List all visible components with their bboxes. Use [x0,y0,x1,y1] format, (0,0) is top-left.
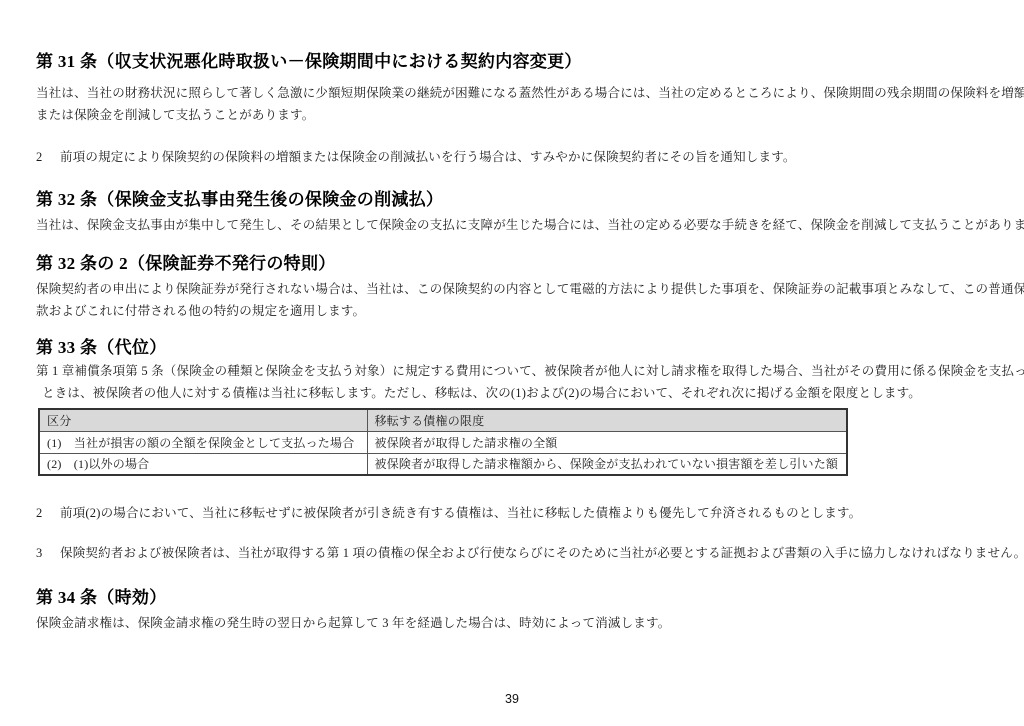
article-33-item-2: 2 前項(2)の場合において、当社に移転せずに被保険者が引き続き有する債権は、当… [36,502,994,524]
table-row: (2) (1)以外の場合 被保険者が取得した請求権額から、保険金が支払われていな… [39,453,847,475]
article-33-item-2-text: 前項(2)の場合において、当社に移転せずに被保険者が引き続き有する債権は、当社に… [60,502,861,524]
table-cell-category-1: (1) 当社が損害の額の全額を保険金として支払った場合 [39,431,367,453]
article-32-2-heading: 第 32 条の 2（保険証券不発行の特則） [36,252,994,276]
article-31-body-line-1: 当社は、当社の財務状況に照らして著しく急激に少額短期保険業の継続が困難になる蓋然… [36,82,994,104]
article-33-body-line-2: ときは、被保険者の他人に対する債権は当社に移転します。ただし、移転は、次の(1)… [36,382,994,404]
article-31-item-2-text: 前項の規定により保険契約の保険料の増額または保険金の削減払いを行う場合は、すみや… [60,146,796,168]
page-number: 39 [0,692,1024,706]
article-33-heading: 第 33 条（代位） [36,336,994,360]
article-33-body-line-1: 第 1 章補償条項第 5 条（保険金の種類と保険金を支払う対象）に規定する費用に… [36,360,994,382]
article-31-body-line-2: または保険金を削減して支払うことがあります。 [36,104,994,126]
article-32-2-body-line-2: 款およびこれに付帯される他の特約の規定を適用します。 [36,300,994,322]
article-33-item-3-number: 3 [36,542,60,564]
article-34-heading: 第 34 条（時効） [36,586,994,610]
article-32-2-body-line-1: 保険契約者の申出により保険証券が発行されない場合は、当社は、この保険契約の内容と… [36,278,994,300]
article-32-body: 当社は、保険金支払事由が集中して発生し、その結果として保険金の支払に支障が生じた… [36,214,994,236]
table-cell-category-2: (2) (1)以外の場合 [39,453,367,475]
subrogation-limit-table: 区分 移転する債権の限度 (1) 当社が損害の額の全額を保険金として支払った場合… [38,408,848,476]
table-row: (1) 当社が損害の額の全額を保険金として支払った場合 被保険者が取得した請求権… [39,431,847,453]
document-page: 第 31 条（収支状況悪化時取扱い－保険期間中における契約内容変更） 当社は、当… [0,0,1024,726]
article-31-item-2: 2 前項の規定により保険契約の保険料の増額または保険金の削減払いを行う場合は、す… [36,146,994,168]
article-32-heading: 第 32 条（保険金支払事由発生後の保険金の削減払） [36,188,994,212]
article-33-item-2-number: 2 [36,502,60,524]
article-34-body: 保険金請求権は、保険金請求権の発生時の翌日から起算して 3 年を経過した場合は、… [36,612,994,634]
table-header-limit: 移転する債権の限度 [367,409,847,431]
table-cell-limit-1: 被保険者が取得した請求権の全額 [367,431,847,453]
article-31-heading: 第 31 条（収支状況悪化時取扱い－保険期間中における契約内容変更） [36,50,994,74]
article-33-item-3-text: 保険契約者および被保険者は、当社が取得する第 1 項の債権の保全および行使ならび… [60,542,1024,564]
article-31-item-2-number: 2 [36,146,60,168]
article-33-item-3: 3 保険契約者および被保険者は、当社が取得する第 1 項の債権の保全および行使な… [36,542,994,564]
table-header-category: 区分 [39,409,367,431]
table-cell-limit-2: 被保険者が取得した請求権額から、保険金が支払われていない損害額を差し引いた額 [367,453,847,475]
table-header-row: 区分 移転する債権の限度 [39,409,847,431]
